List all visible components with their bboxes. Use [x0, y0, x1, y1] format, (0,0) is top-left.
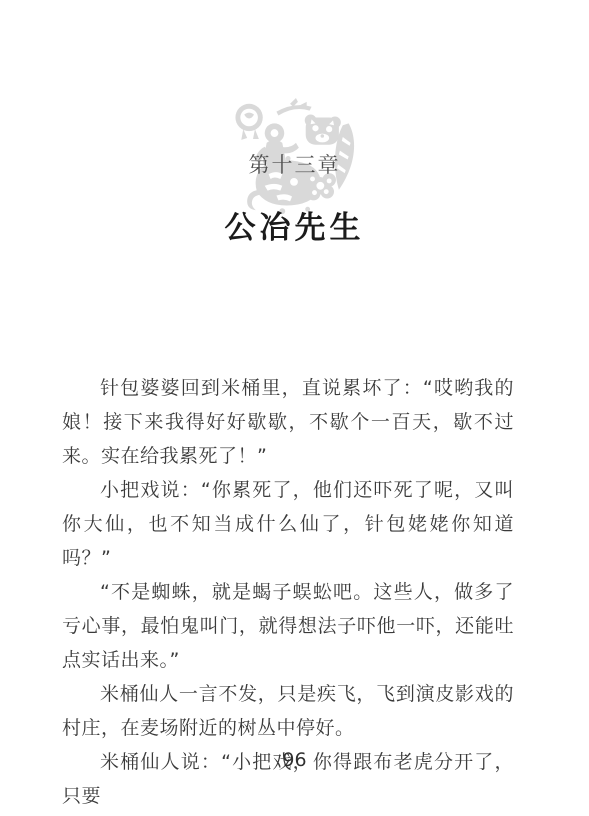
- paragraph: 小把戏说：“你累死了，他们还吓死了呢，又叫你大仙，也不知当成什么仙了，针包姥姥你…: [62, 473, 514, 575]
- chapter-number: 第十三章: [0, 149, 589, 179]
- book-page: 第十三章 公冶先生 针包婆婆回到米桶里，直说累坏了：“哎哟我的娘！接下来我得好好…: [0, 0, 589, 816]
- paragraph: “不是蜘蛛，就是蝎子蜈蚣吧。这些人，做多了亏心事，最怕鬼叫门，就得想法子吓他一吓…: [62, 575, 514, 677]
- body-text: 针包婆婆回到米桶里，直说累坏了：“哎哟我的娘！接下来我得好好歇歇，不歇个一百天，…: [62, 371, 514, 813]
- paragraph: 米桶仙人一言不发，只是疾飞，飞到演皮影戏的村庄，在麦场附近的树丛中停好。: [62, 677, 514, 745]
- chapter-title: 公冶先生: [0, 202, 589, 247]
- page-number: 96: [0, 749, 589, 771]
- paragraph: 针包婆婆回到米桶里，直说累坏了：“哎哟我的娘！接下来我得好好歇歇，不歇个一百天，…: [62, 371, 514, 473]
